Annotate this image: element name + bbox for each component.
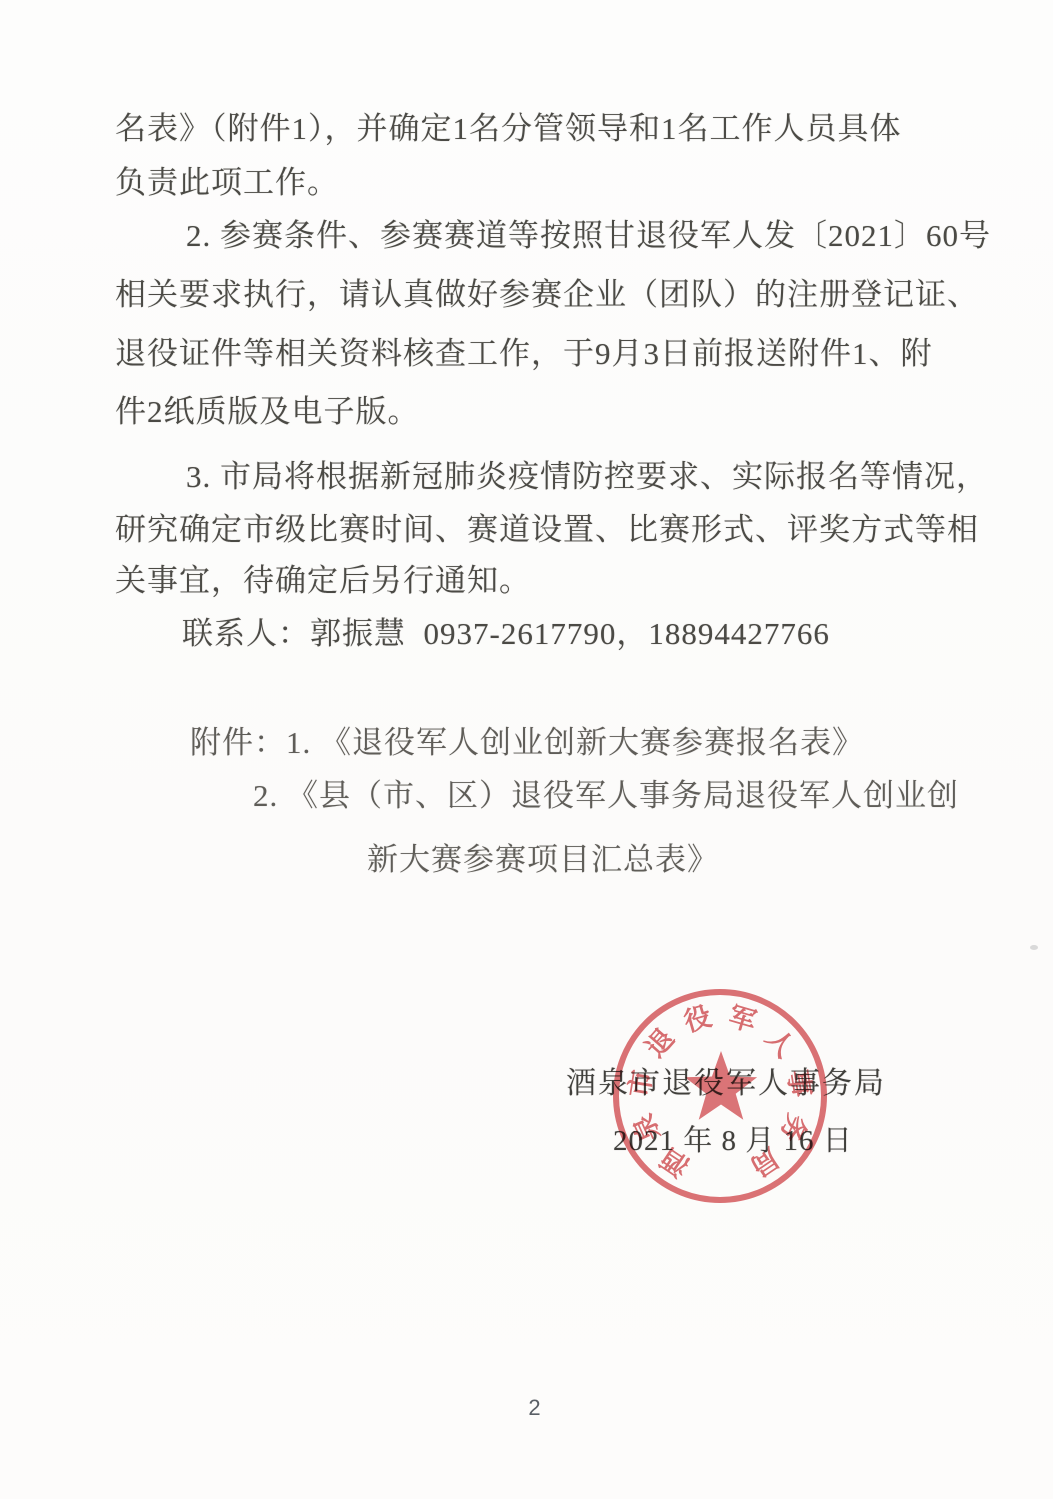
document-page: 名表》（附件1），并确定1名分管领导和1名工作人员具体 负责此项工作。 2. 参… <box>0 0 1053 1499</box>
scan-artifact-dot <box>1030 945 1038 950</box>
seal-ring-char: 人 <box>760 1023 800 1063</box>
body-line-1: 名表》（附件1），并确定1名分管领导和1名工作人员具体 <box>115 103 902 148</box>
page-number: 2 <box>0 1395 1053 1421</box>
body-line-2: 负责此项工作。 <box>115 157 339 202</box>
attachment-line-3: 新大赛参赛项目汇总表》 <box>367 834 719 879</box>
seal-star-icon <box>685 1051 757 1120</box>
seal-ring-char: 退 <box>640 1023 680 1063</box>
seal-ring-char: 军 <box>725 1001 759 1037</box>
body-line-9: 关事宜，待确定后另行通知。 <box>115 555 531 600</box>
seal-ring-char: 泉 <box>628 1110 666 1147</box>
body-line-8: 研究确定市级比赛时间、赛道设置、比赛形式、评奖方式等相 <box>115 504 979 549</box>
body-line-4: 相关要求执行，请认真做好参赛企业（团队）的注册登记证、 <box>115 269 979 314</box>
seal-ring-char: 市 <box>624 1068 658 1099</box>
body-line-6: 件2纸质版及电子版。 <box>115 386 420 431</box>
seal-ring-char: 务 <box>774 1110 812 1147</box>
official-seal-stamp: 酒泉市退役军人事务局 <box>608 984 834 1210</box>
body-line-5: 退役证件等相关资料核查工作，于9月3日前报送附件1、附 <box>115 328 933 373</box>
seal-ring-char: 役 <box>681 1001 715 1037</box>
seal-ring-char: 酒 <box>656 1142 695 1182</box>
contact-line: 联系人：郭振慧 0937-2617790，18894427766 <box>182 608 830 653</box>
body-line-7: 3. 市局将根据新冠肺炎疫情防控要求、实际报名等情况， <box>186 451 988 496</box>
attachment-line-2: 2. 《县（市、区）退役军人事务局退役军人创业创 <box>253 770 959 815</box>
seal-ring-char: 局 <box>745 1142 784 1182</box>
attachment-line-1: 附件：1. 《退役军人创业创新大赛参赛报名表》 <box>190 717 864 762</box>
seal-ring-char: 事 <box>782 1068 816 1099</box>
body-line-3: 2. 参赛条件、参赛赛道等按照甘退役军人发〔2021〕60号 <box>186 210 991 255</box>
